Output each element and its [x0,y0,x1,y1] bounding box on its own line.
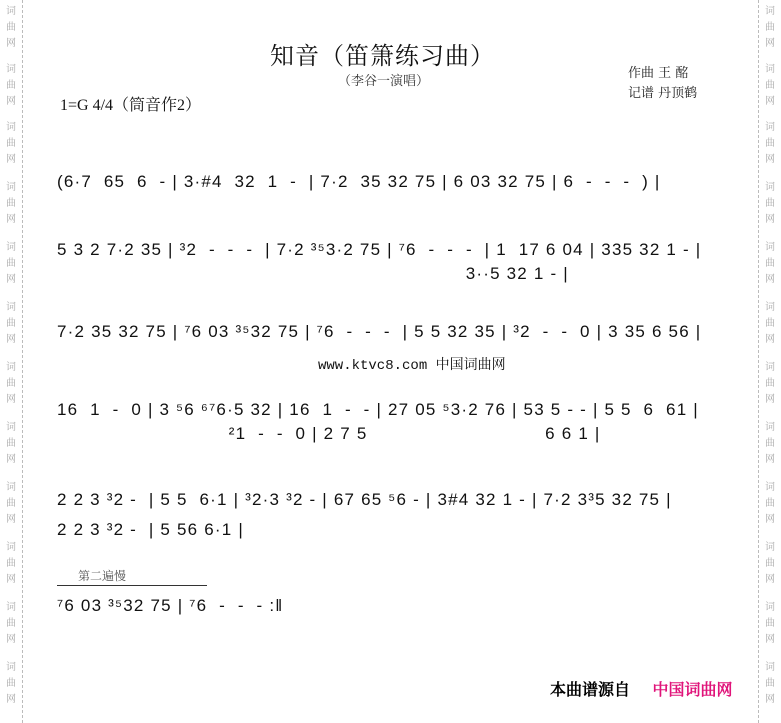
tempo-marking: 第二遍慢 [78,567,126,584]
watermark-char: 网 [3,94,19,110]
score-line-1: (6·7 65 6 - | 3·#4 32 1 - | 7·2 35 32 75… [57,172,661,192]
watermark-char: 词 [3,240,19,256]
watermark-char: 词 [762,180,778,196]
watermark-char: 网 [3,332,19,348]
watermark-char: 网 [3,452,19,468]
watermark-char: 曲 [3,676,19,692]
key-signature: 1=G 4/4（筒音作2） [60,92,201,115]
watermark-char: 曲 [3,436,19,452]
slur-line [57,585,207,586]
watermark-char: 曲 [3,196,19,212]
transcriber-credit: 记谱 丹顶鹤 [628,84,697,104]
watermark-char: 曲 [762,196,778,212]
watermark-char: 词 [762,4,778,20]
watermark-char: 词 [762,480,778,496]
watermark-char: 词 [3,600,19,616]
center-watermark: www.ktvc8.com 中国词曲网 [318,354,506,374]
watermark-char: 网 [3,512,19,528]
watermark-char: 词 [762,300,778,316]
watermark-char: 曲 [762,78,778,94]
song-subtitle: （李谷一演唱） [338,70,429,89]
watermark-char: 词 [762,660,778,676]
score-line-5-lower: 2 2 3 ³2 - | 5 56 6·1 | [57,520,244,540]
watermark-char: 网 [762,332,778,348]
watermark-char: 网 [762,512,778,528]
watermark-char: 曲 [3,78,19,94]
watermark-char: 词 [762,120,778,136]
watermark-char: 词 [762,240,778,256]
watermark-char: 网 [3,212,19,228]
score-line-2-lower: 3··5 32 1 - | [57,264,569,284]
watermark-char: 词 [3,480,19,496]
watermark-char: 词 [762,420,778,436]
source-site-link[interactable]: 中国词曲网 [652,682,732,699]
watermark-char: 曲 [3,376,19,392]
watermark-char: 词 [3,420,19,436]
watermark-char: 词 [762,540,778,556]
score-line-4-lower: ²1 - - 0 | 2 7 5 6 6 1 | [57,424,601,444]
watermark-char: 词 [762,62,778,78]
watermark-url: www.ktvc8.com [318,358,427,374]
watermark-char: 网 [762,632,778,648]
source-label: 本曲谱源自 [550,682,630,699]
watermark-char: 曲 [762,556,778,572]
score-line-3: 7·2 35 32 75 | ⁷6 03 ³⁵32 75 | ⁷6 - - - … [57,322,701,342]
watermark-char: 曲 [762,436,778,452]
watermark-site: 中国词曲网 [436,357,506,373]
watermark-char: 网 [3,392,19,408]
watermark-char: 曲 [3,256,19,272]
left-watermark-strip: 词 曲 网 词 曲 网 词 曲 网 词 曲 网 词 曲 网 词 曲 网 词 曲 … [0,0,23,723]
watermark-char: 曲 [3,136,19,152]
watermark-char: 曲 [3,556,19,572]
watermark-char: 曲 [762,376,778,392]
watermark-char: 词 [3,62,19,78]
watermark-char: 词 [3,660,19,676]
watermark-char: 词 [3,540,19,556]
watermark-char: 网 [762,452,778,468]
watermark-char: 网 [3,692,19,708]
watermark-char: 词 [3,4,19,20]
watermark-char: 曲 [762,676,778,692]
watermark-char: 曲 [3,616,19,632]
watermark-char: 曲 [3,20,19,36]
watermark-char: 网 [762,152,778,168]
watermark-char: 曲 [762,616,778,632]
composer-credit: 作曲 王 酩 [628,64,697,84]
watermark-char: 曲 [762,256,778,272]
score-line-6: ⁷6 03 ³⁵32 75 | ⁷6 - - - :‖ [57,596,283,616]
watermark-char: 词 [762,360,778,376]
watermark-char: 词 [3,360,19,376]
right-watermark-strip: 词 曲 网 词 曲 网 词 曲 网 词 曲 网 词 曲 网 词 曲 网 词 曲 … [758,0,781,723]
credits: 作曲 王 酩 记谱 丹顶鹤 [628,64,697,104]
watermark-char: 网 [762,692,778,708]
watermark-char: 曲 [3,316,19,332]
score-line-2: 5 3 2 7·2 35 | ³2 - - - | 7·2 ³⁵3·2 75 |… [57,240,701,260]
watermark-char: 网 [762,272,778,288]
score-line-5: 2 2 3 ³2 - | 5 5 6·1 | ³2·3 ³2 - | 67 65… [57,490,672,510]
watermark-char: 网 [3,632,19,648]
watermark-char: 网 [3,572,19,588]
watermark-char: 网 [3,36,19,52]
watermark-char: 网 [762,572,778,588]
watermark-char: 网 [3,272,19,288]
watermark-char: 词 [3,300,19,316]
watermark-char: 词 [762,600,778,616]
watermark-char: 曲 [762,20,778,36]
watermark-char: 曲 [762,316,778,332]
score-line-4: 16 1 - 0 | 3 ⁵6 ⁶⁷6·5 32 | 16 1 - - | 27… [57,400,699,420]
watermark-char: 网 [762,392,778,408]
watermark-char: 曲 [762,496,778,512]
song-title: 知音（笛箫练习曲） [270,36,495,71]
watermark-char: 网 [762,36,778,52]
watermark-char: 曲 [3,496,19,512]
watermark-char: 网 [762,94,778,110]
watermark-char: 网 [3,152,19,168]
source-footer: 本曲谱源自 中国词曲网 [550,677,732,700]
watermark-char: 词 [3,120,19,136]
watermark-char: 网 [762,212,778,228]
watermark-char: 词 [3,180,19,196]
watermark-char: 曲 [762,136,778,152]
